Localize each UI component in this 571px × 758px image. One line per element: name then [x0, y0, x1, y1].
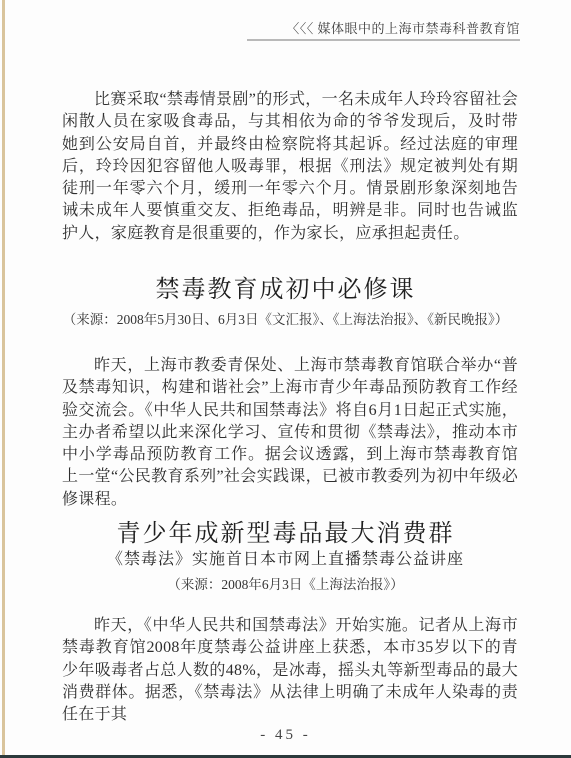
article-2-title: 青少年成新型毒品最大消费群	[0, 520, 571, 548]
scanned-book-page: 〈〈〈 媒体眼中的上海市禁毒科普教育馆 比赛采取“禁毒情景剧”的形式，一名未成年…	[0, 0, 571, 758]
intro-paragraph: 比赛采取“禁毒情景剧”的形式，一名未成年人玲玲容留社会闲散人员在家吸食毒品，与其…	[62, 89, 518, 245]
running-header: 〈〈〈 媒体眼中的上海市禁毒科普教育馆	[247, 21, 520, 37]
article-1-title: 禁毒教育成初中必修课	[0, 276, 571, 304]
page-edge-strip	[2, 0, 5, 758]
article-2-body: 昨天，《中华人民共和国禁毒法》开始实施。记者从上海市禁毒教育馆2008年度禁毒公…	[62, 615, 518, 726]
article-2-source: （来源：2008年6月3日《上海法治报》）	[0, 576, 571, 593]
article-2-subtitle: 《禁毒法》实施首日本市网上直播禁毒公益讲座	[0, 550, 571, 570]
running-header-rule	[247, 39, 520, 41]
article-1-source: （来源：2008年5月30日、6月3日《文汇报》、《上海法治报》、《新民晚报》）	[0, 311, 571, 328]
page-number: - 45 -	[0, 726, 571, 744]
article-1-body: 昨天，上海市教委青保处、上海市禁毒教育馆联合举办“普及禁毒知识，构建和谐社会”上…	[62, 355, 518, 511]
